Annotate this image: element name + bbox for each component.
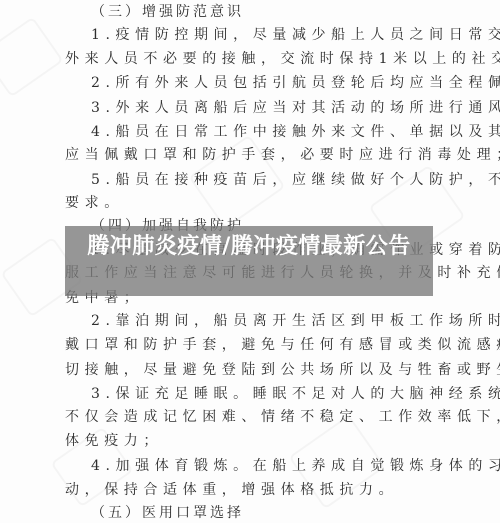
paragraph-line: 3.保证充足睡眠。睡眠不足对人的大脑神经系统功能有伤害，	[91, 382, 500, 406]
paragraph-line: 2.所有外来人员包括引航员登轮后均应当全程佩戴口罩；	[91, 71, 500, 95]
title-overlay-banner: 腾冲肺炎疫情/腾冲疫情最新公告	[65, 226, 433, 296]
paragraph-line: 戴口罩和防护手套，避免与任何有感冒或类似流感症状的人员密	[65, 333, 500, 357]
paragraph-line: 动，保持合适体重，增强体格抵抗力。	[65, 478, 398, 502]
paragraph-line: 1.疫情防控期间，尽量减少船上人员之间日常交往，避免与	[91, 23, 500, 47]
paragraph-line: 3.外来人员离船后应当对其活动的场所进行通风和消毒；	[91, 96, 500, 120]
paragraph-line: 体免疫力；	[65, 429, 163, 453]
paragraph-line: 2.靠泊期间，船员离开生活区到甲板工作场所时应当全程佩	[91, 309, 500, 333]
paragraph-line: 切接触，尽量避免登陆到公共场所以及与牲畜或野生动物接触；	[65, 358, 500, 382]
paragraph-line: 外来人员不必要的接触，交流时保持1米以上的社交距离；	[65, 47, 500, 71]
watermark-stamp	[0, 17, 64, 98]
paragraph-line: 4.加强体育锻炼。在船上养成自觉锻炼身体的习惯，积极运	[91, 454, 500, 478]
paragraph-line: 应当佩戴口罩和防护手套，必要时应进行消毒处理；	[65, 143, 500, 167]
paragraph-line: 5.船员在接种疫苗后，应继续做好个人防护，不能降低防护	[91, 168, 500, 192]
section-heading-3: （三）增强防范意识	[91, 0, 244, 24]
overlay-title: 腾冲肺炎疫情/腾冲疫情最新公告	[65, 226, 433, 261]
section-heading-5: （五）医用口罩选择	[91, 501, 244, 523]
paragraph-line: 4.船员在日常工作中接触外来文件、单据以及其他物品时，	[91, 120, 500, 144]
paragraph-line: 要求。	[65, 191, 124, 215]
paragraph-line: 不仅会造成记忆困难、情绪不稳定、工作效率低下，还会降低身	[65, 405, 500, 429]
